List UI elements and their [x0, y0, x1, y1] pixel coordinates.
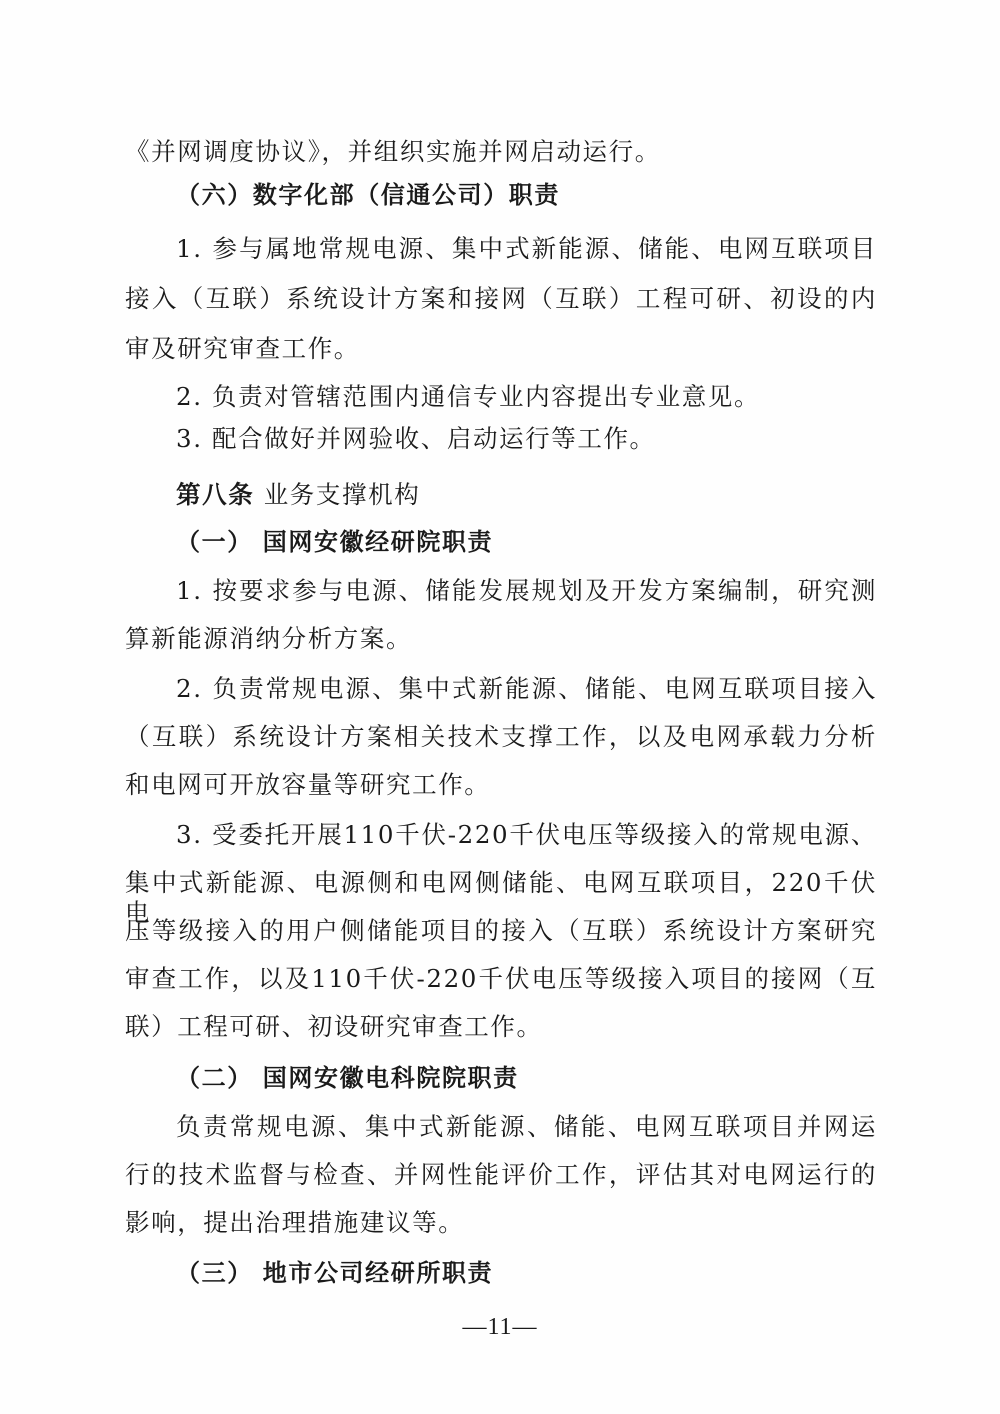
paragraph-line: 《并网调度协议》，并组织实施并网启动运行。: [125, 137, 877, 167]
paragraph-line: 算新能源消纳分析方案。: [125, 624, 877, 654]
section-heading-city-company: （三） 地市公司经研所职责: [176, 1258, 928, 1288]
paragraph-line: 压等级接入的用户侧储能项目的接入（互联）系统设计方案研究: [125, 916, 877, 946]
paragraph-line: 审及研究审查工作。: [125, 334, 877, 364]
paragraph-line: 行的技术监督与检查、并网性能评价工作，评估其对电网运行的: [125, 1160, 877, 1190]
article-heading: 第八条 业务支撑机构: [176, 480, 877, 510]
paragraph-line: 和电网可开放容量等研究工作。: [125, 770, 877, 800]
paragraph-line: 3. 配合做好并网验收、启动运行等工作。: [176, 424, 877, 454]
paragraph-line: 1. 参与属地常规电源、集中式新能源、储能、电网互联项目: [176, 234, 877, 264]
paragraph-line: 1. 按要求参与电源、储能发展规划及开发方案编制，研究测: [176, 576, 877, 606]
document-page: 《并网调度协议》，并组织实施并网启动运行。 （六）数字化部（信通公司）职责 1.…: [0, 0, 1000, 1414]
paragraph-line: 2. 负责对管辖范围内通信专业内容提出专业意见。: [176, 382, 877, 412]
paragraph-line: （互联）系统设计方案相关技术支撑工作，以及电网承载力分析: [125, 722, 877, 752]
section-heading-digital-dept: （六）数字化部（信通公司）职责: [176, 180, 928, 210]
paragraph-line: 2. 负责常规电源、集中式新能源、储能、电网互联项目接入: [176, 674, 877, 704]
paragraph-line: 接入（互联）系统设计方案和接网（互联）工程可研、初设的内: [125, 284, 877, 314]
article-number: 第八条: [176, 480, 254, 509]
section-heading-economic-research: （一） 国网安徽经研院职责: [176, 527, 928, 557]
article-title: 业务支撑机构: [264, 480, 421, 509]
page-number: —11—: [0, 1314, 1000, 1341]
section-heading-electric-research: （二） 国网安徽电科院院职责: [176, 1063, 928, 1093]
paragraph-line: 影响，提出治理措施建议等。: [125, 1208, 877, 1238]
paragraph-line: 负责常规电源、集中式新能源、储能、电网互联项目并网运: [176, 1112, 877, 1142]
paragraph-line: 3. 受委托开展110千伏-220千伏电压等级接入的常规电源、: [176, 820, 877, 850]
paragraph-line: 审查工作，以及110千伏-220千伏电压等级接入项目的接网（互: [125, 964, 877, 994]
paragraph-line: 联）工程可研、初设研究审查工作。: [125, 1012, 877, 1042]
